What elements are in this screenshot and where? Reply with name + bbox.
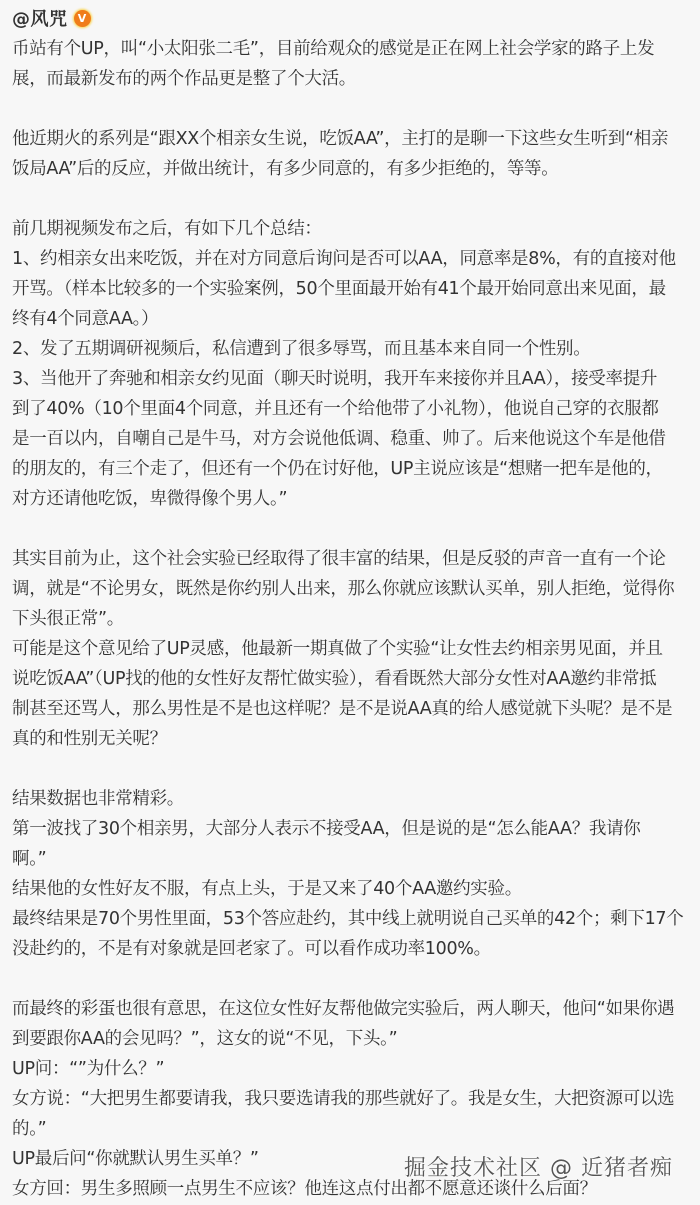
text-line: 到了40%（10个里面4个同意，并且还有一个给他带了小礼物），他说自己穿的衣服都 xyxy=(12,394,696,424)
text-line: 的朋友的，有三个走了，但还有一个仍在讨好他，UP主说应该是“想赌一把车是他的， xyxy=(12,454,696,484)
text-line: 结果他的女性好友不服，有点上头，于是又来了40个AA邀约实验。 xyxy=(12,874,696,904)
text-line: 展，而最新发布的两个作品更是整了个大活。 xyxy=(12,64,696,94)
text-line: 1、约相亲女出来吃饭，并在对方同意后询问是否可以AA，同意率是8%，有的直接对他 xyxy=(12,244,696,274)
author-name[interactable]: @风咒 xyxy=(12,5,68,31)
text-line: 真的和性别无关呢？ xyxy=(12,724,696,754)
text-line: 结果数据也非常精彩。 xyxy=(12,784,696,814)
paragraph-gap xyxy=(12,94,696,124)
text-line: 女方说：“大把男生都要请我，我只要选请我的那些就好了。我是女生，大把资源可以选 xyxy=(12,1084,696,1114)
text-line: 2、发了五期调研视频后，私信遭到了很多辱骂，而且基本来自同一个性别。 xyxy=(12,334,696,364)
text-line: 调，就是“不论男女，既然是你约别人出来，那么你就应该默认买单，别人拒绝，觉得你 xyxy=(12,574,696,604)
author-row: @风咒 V xyxy=(12,0,696,34)
watermark: 掘金技术社区 @ 近猪者痴 xyxy=(404,1151,673,1182)
paragraph-gap xyxy=(12,184,696,214)
text-line: 到要跟你AA的会见吗？”，这女的说“不见，下头。” xyxy=(12,1024,696,1054)
text-line: 前几期视频发布之后，有如下几个总结： xyxy=(12,214,696,244)
text-line: 啊。” xyxy=(12,844,696,874)
text-line: 下头很正常”。 xyxy=(12,604,696,634)
text-line: 可能是这个意见给了UP灵感，他最新一期真做了个实验“让女性去约相亲男见面，并且 xyxy=(12,634,696,664)
verified-badge-icon: V xyxy=(74,10,91,27)
text-line: UP问：“”为什么？” xyxy=(12,1054,696,1084)
text-line: 他近期火的系列是“跟XX个相亲女生说，吃饭AA”，主打的是聊一下这些女生听到“相… xyxy=(12,124,696,154)
paragraph-gap xyxy=(12,754,696,784)
text-line: 其实目前为止，这个社会实验已经取得了很丰富的结果，但是反驳的声音一直有一个论 xyxy=(12,544,696,574)
text-line: 3、当他开了奔驰和相亲女约见面（聊天时说明，我开车来接你并且AA），接受率提升 xyxy=(12,364,696,394)
text-line: 是一百以内，自嘲自己是牛马，对方会说他低调、稳重、帅了。后来他说这个车是他借 xyxy=(12,424,696,454)
paragraph-gap xyxy=(12,964,696,994)
text-line: 开骂。（样本比较多的一个实验案例，50个里面最开始有41个最开始同意出来见面，最 xyxy=(12,274,696,304)
text-line: 没赴约的，不是有对象就是回老家了。可以看作成功率100%。 xyxy=(12,934,696,964)
post-body: 币站有个UP，叫“小太阳张二毛”，目前给观众的感觉是正在网上社会学家的路子上发 … xyxy=(12,34,696,1204)
text-line: 终有4个同意AA。） xyxy=(12,304,696,334)
text-line: 的。” xyxy=(12,1114,696,1144)
text-line: 币站有个UP，叫“小太阳张二毛”，目前给观众的感觉是正在网上社会学家的路子上发 xyxy=(12,34,696,64)
paragraph-gap xyxy=(12,514,696,544)
text-line: 饭局AA”后的反应，并做出统计，有多少同意的，有多少拒绝的，等等。 xyxy=(12,154,696,184)
weibo-post: @风咒 V 币站有个UP，叫“小太阳张二毛”，目前给观众的感觉是正在网上社会学家… xyxy=(12,0,696,1204)
text-line: 而最终的彩蛋也很有意思，在这位女性好友帮他做完实验后，两人聊天，他问“如果你遇 xyxy=(12,994,696,1024)
text-line: 第一波找了30个相亲男，大部分人表示不接受AA，但是说的是“怎么能AA？我请你 xyxy=(12,814,696,844)
text-line: 制甚至还骂人，那么男性是不是也这样呢？是不是说AA真的给人感觉就下头呢？是不是 xyxy=(12,694,696,724)
text-line: 说吃饭AA”（UP找的他的女性好友帮忙做实验），看看既然大部分女性对AA邀约非常… xyxy=(12,664,696,694)
text-line: 对方还请他吃饭，卑微得像个男人。” xyxy=(12,484,696,514)
text-line: 最终结果是70个男性里面，53个答应赴约，其中线上就明说自己买单的42个；剩下1… xyxy=(12,904,696,934)
